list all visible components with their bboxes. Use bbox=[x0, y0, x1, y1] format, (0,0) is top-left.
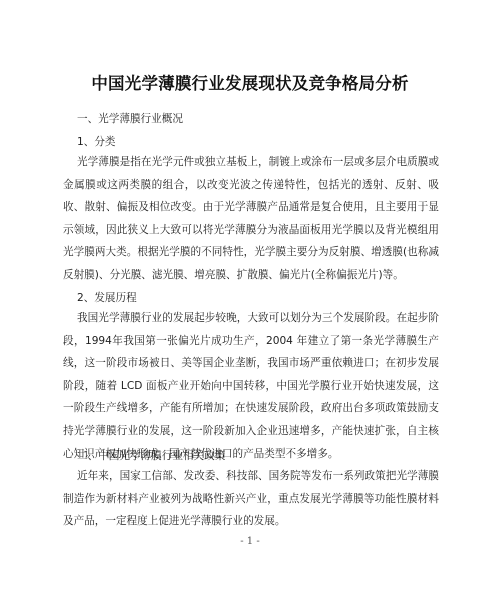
paragraph-classification: 光学薄膜是指在光学元件或独立基板上，制镀上或涂布一层或多层介电质膜或金属膜或这两… bbox=[63, 151, 439, 287]
paragraph-policy-text: 近年来，国家工信部、发改委、科技部、国务院等发布一系列政策把光学薄膜制造作为新材… bbox=[63, 465, 439, 533]
document-title: 中国光学薄膜行业发展现状及竞争格局分析 bbox=[0, 70, 500, 94]
document-page: 中国光学薄膜行业发展现状及竞争格局分析 一、光学薄膜行业概况 1、分类 光学薄膜… bbox=[0, 0, 500, 594]
page-number: - 1 - bbox=[0, 536, 500, 547]
section-heading-policy: 二、中国光学薄膜行业相关政策 bbox=[77, 449, 225, 463]
paragraph-history-text: 我国光学薄膜行业的发展起步较晚，大致可以划分为三个发展阶段。在起步阶段，1994… bbox=[63, 307, 439, 465]
paragraph-classification-text: 光学薄膜是指在光学元件或独立基板上，制镀上或涂布一层或多层介电质膜或金属膜或这两… bbox=[63, 151, 439, 287]
subsection-heading-classification: 1、分类 bbox=[77, 135, 116, 149]
paragraph-policy: 近年来，国家工信部、发改委、科技部、国务院等发布一系列政策把光学薄膜制造作为新材… bbox=[63, 465, 439, 533]
subsection-heading-history: 2、发展历程 bbox=[77, 291, 137, 305]
section-heading-overview: 一、光学薄膜行业概况 bbox=[77, 112, 183, 126]
paragraph-history: 我国光学薄膜行业的发展起步较晚，大致可以划分为三个发展阶段。在起步阶段，1994… bbox=[63, 307, 439, 465]
